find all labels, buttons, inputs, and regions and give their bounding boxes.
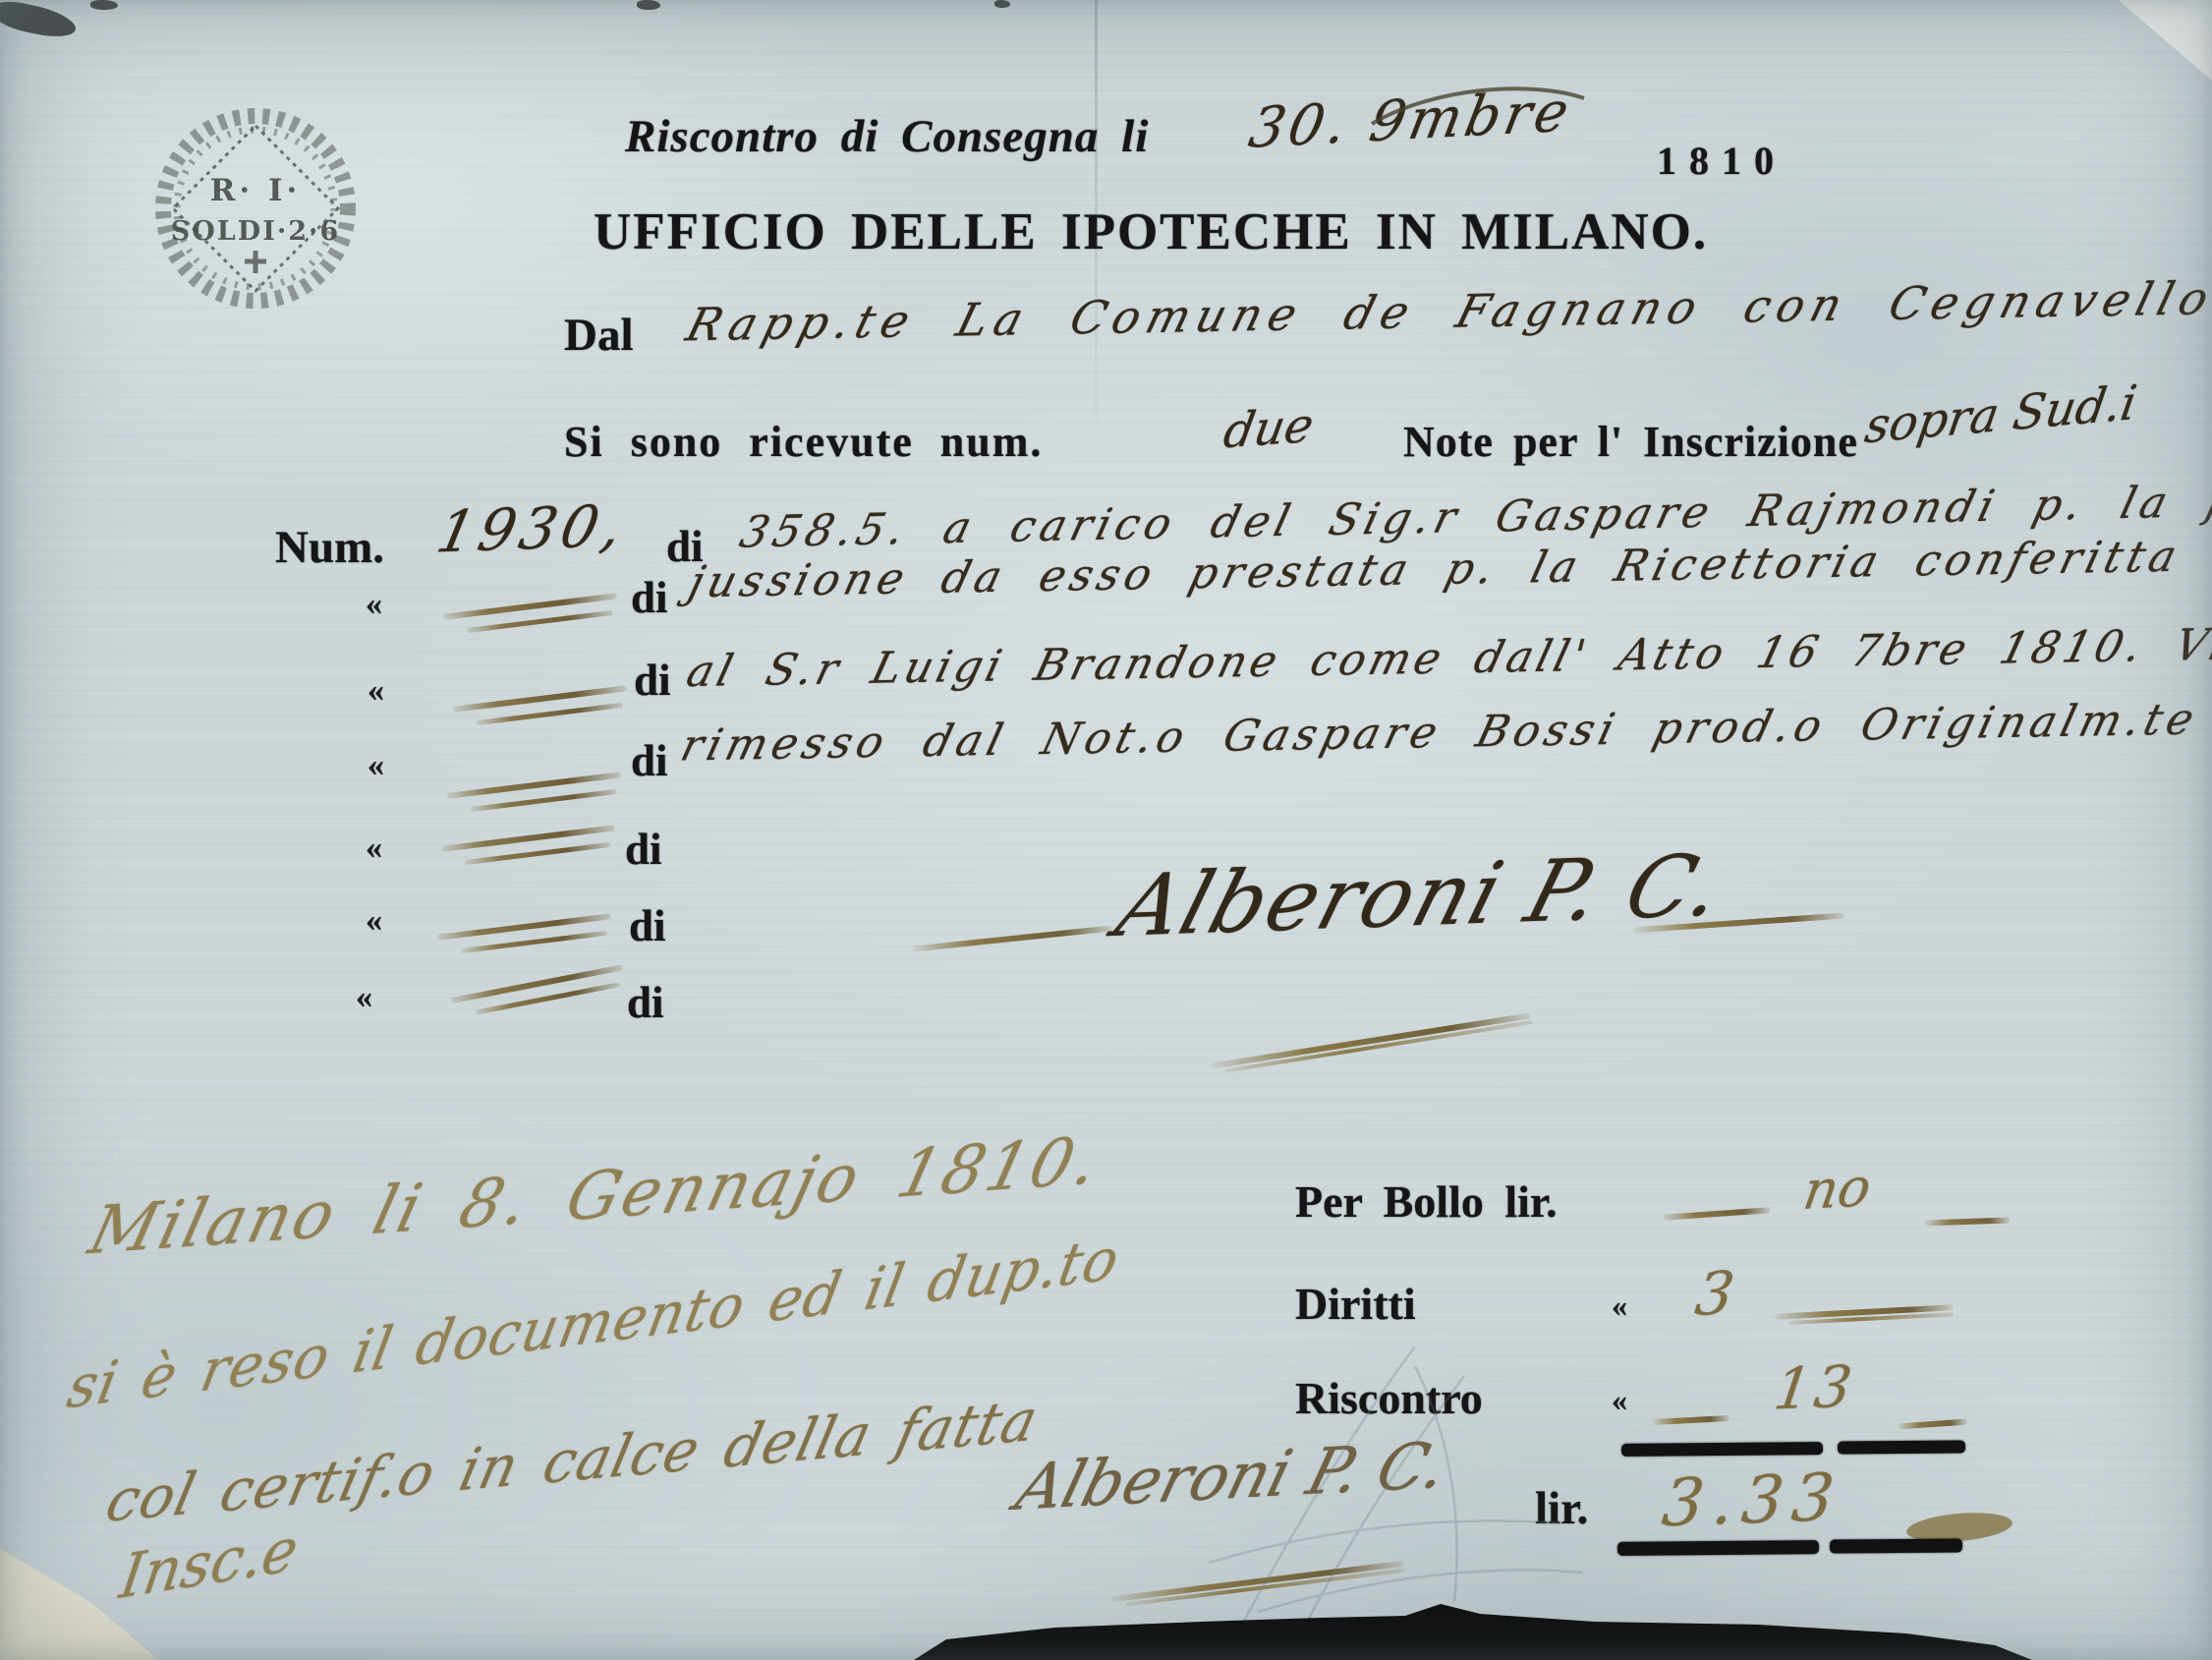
fee-riscontro-dash-left	[1653, 1415, 1730, 1425]
ditto-mark-4: «	[366, 830, 382, 867]
total-rule-bottom-b	[1830, 1538, 1962, 1553]
total-rule-top-b	[1838, 1440, 1965, 1454]
signature-flourish-left	[912, 925, 1113, 951]
stamp-line-1: R· I·	[210, 173, 302, 208]
pen-flourish	[1366, 77, 1592, 132]
ditto-mark-5: «	[366, 902, 382, 940]
received-suffix-handwritten: sopra Sud.i	[1861, 374, 2140, 454]
fee-diritti-value: 3	[1691, 1259, 1738, 1330]
photo-corner-gap	[2098, 0, 2212, 81]
entry-text-3: rimesso dal Not.o Gaspare Bossi prod.o O…	[676, 694, 2204, 771]
fee-bollo-dash-right	[1924, 1217, 2011, 1226]
fee-bollo-value: no	[1799, 1156, 1875, 1222]
entry-text-2: al S.r Luigi Brandone come dall' Atto 16…	[682, 619, 2212, 697]
edge-speck	[90, 0, 118, 10]
ditto-dash-2	[453, 685, 631, 738]
laurel-wreath-stamp-icon: R· I· SOLDI·2·6	[142, 90, 369, 324]
stamp-line-2: SOLDI·2·6	[171, 216, 340, 247]
ditto-mark-6: «	[356, 979, 372, 1016]
received-label: Si sono ricevute num.	[564, 417, 1043, 467]
fleur-mark-icon	[245, 251, 266, 273]
office-title: UFFICIO DELLE IPOTECHE IN MILANO.	[594, 202, 1708, 261]
received-label-2: Note per l' Inscrizione	[1403, 417, 1858, 467]
edge-speck	[994, 0, 1010, 8]
total-rule-bottom-a	[1617, 1540, 1819, 1556]
ditto-dash-4	[441, 825, 619, 878]
ditto-dash-1	[443, 593, 621, 646]
ditto-mark-3: «	[368, 747, 384, 784]
revenue-stamp: R· I· SOLDI·2·6	[142, 90, 369, 324]
entry-num-label: Num.	[275, 521, 384, 574]
fee-bollo-dash-left	[1663, 1207, 1771, 1221]
received-count-handwritten: due	[1219, 397, 1318, 459]
di-label-4: di	[625, 824, 662, 875]
paper-crease	[1095, 0, 1098, 462]
di-label-3: di	[631, 735, 668, 786]
ditto-mark-2: «	[368, 672, 384, 710]
edge-tear-mark	[0, 0, 79, 42]
di-label-1: di	[631, 572, 668, 623]
fee-bollo-label: Per Bollo lir.	[1295, 1175, 1558, 1228]
dal-label: Dal	[564, 309, 634, 362]
edge-speck	[637, 0, 660, 10]
entry-number-handwritten: 1930,	[431, 491, 634, 565]
fee-diritti-dash	[1775, 1304, 1954, 1320]
signature-flourish-under	[1211, 1012, 1532, 1069]
di-label-2: di	[634, 655, 671, 706]
ditto-dash-3	[447, 772, 625, 825]
total-rule-top-a	[1621, 1442, 1823, 1457]
clerk-signature: Alberoni P. C.	[1106, 836, 1735, 956]
di-label-5: di	[629, 900, 666, 951]
ditto-mark-1: «	[366, 586, 382, 623]
scanned-document-page: R· I· SOLDI·2·6 Riscontro di Consegna li…	[0, 0, 2212, 1660]
sender-handwritten: Rapp.te La Comune de Fagnano con Cegnave…	[681, 268, 2212, 352]
ditto-dash-6	[450, 964, 628, 1029]
closing-line-3: col certif.o in calce della fatta	[100, 1386, 1045, 1535]
total-value: 3.33	[1659, 1460, 1846, 1542]
printed-year: 1810	[1657, 138, 1787, 184]
fee-riscontro-dash-right	[1899, 1419, 1967, 1430]
receipt-title: Riscontro di Consegna li	[625, 110, 1149, 163]
ditto-dash-5	[437, 913, 615, 966]
di-label-6: di	[627, 977, 664, 1028]
fee-riscontro-value: 13	[1770, 1352, 1859, 1422]
photo-background-silhouette	[902, 1598, 2047, 1660]
